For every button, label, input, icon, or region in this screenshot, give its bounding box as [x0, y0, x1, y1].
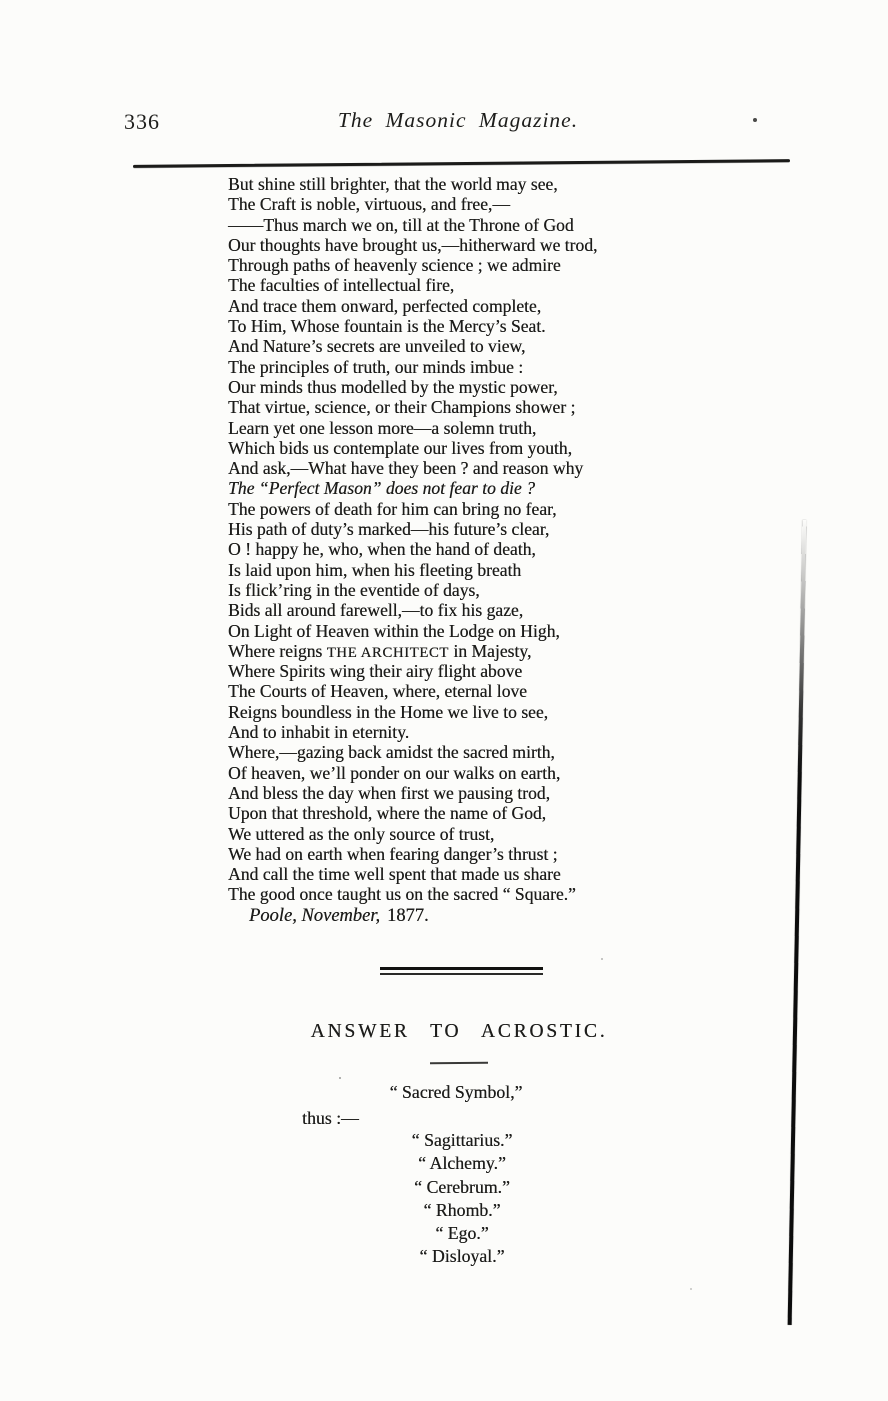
poem-line: To Him, Whose fountain is the Mercy’s Se…	[228, 316, 597, 336]
poem-line: The faculties of intellectual fire,	[228, 275, 597, 295]
acrostic-answer: “ Rhomb.”	[18, 1199, 888, 1222]
poem-line: And trace them onward, perfected complet…	[228, 296, 597, 316]
scan-speck	[690, 1288, 692, 1290]
acrostic-answer: “ Alchemy.”	[18, 1152, 888, 1175]
header-rule	[133, 159, 790, 167]
poem-line: Of heaven, we’ll ponder on our walks on …	[228, 763, 597, 783]
poem-line: Reigns boundless in the Home we live to …	[228, 702, 597, 722]
poem-line: The Craft is noble, virtuous, and free,—	[228, 194, 597, 214]
dateline: Poole, November,1877.	[249, 906, 429, 927]
poem-line: And to inhabit in eternity.	[228, 722, 597, 742]
scan-speck	[753, 118, 757, 122]
acrostic-answer: “ Cerebrum.”	[18, 1176, 888, 1199]
acrostic-answer: “ Sagittarius.”	[18, 1129, 888, 1152]
poem-line: On Light of Heaven within the Lodge on H…	[228, 621, 597, 641]
poem-line: Where,—gazing back amidst the sacred mir…	[228, 742, 597, 762]
acrostic-answer: “ Disloyal.”	[18, 1245, 888, 1268]
scan-speck	[601, 958, 603, 960]
poem-line: Our minds thus modelled by the mystic po…	[228, 377, 597, 397]
poem-line: And bless the day when first we pausing …	[228, 783, 597, 803]
acrostic-clue: “ Sacred Symbol,”	[12, 1082, 888, 1103]
poem-line: His path of duty’s marked—his future’s c…	[228, 519, 597, 539]
poem-line: ——Thus march we on, till at the Throne o…	[228, 215, 597, 235]
poem: But shine still brighter, that the world…	[228, 174, 597, 905]
poem-line: We uttered as the only source of trust,	[228, 824, 597, 844]
scan-speck	[339, 1077, 341, 1079]
acrostic-thus-label: thus :—	[302, 1108, 359, 1129]
acrostic-answer: “ Ego.”	[18, 1222, 888, 1245]
poem-line: The good once taught us on the sacred “ …	[228, 884, 597, 904]
poem-line: The powers of death for him can bring no…	[228, 499, 597, 519]
poem-line: And call the time well spent that made u…	[228, 864, 597, 884]
poem-line: The principles of truth, our minds imbue…	[228, 357, 597, 377]
acrostic-heading-rule	[430, 1062, 488, 1065]
poem-line: But shine still brighter, that the world…	[228, 174, 597, 194]
acrostic-heading: ANSWER TO ACROSTIC.	[15, 1021, 888, 1043]
section-divider-double-rule	[380, 967, 543, 975]
poem-line: O ! happy he, who, when the hand of deat…	[228, 539, 597, 559]
poem-line: The Courts of Heaven, where, eternal lov…	[228, 681, 597, 701]
poem-line: Our thoughts have brought us,—hitherward…	[228, 235, 597, 255]
poem-line: The “Perfect Mason” does not fear to die…	[228, 478, 597, 498]
poem-line: Learn yet one lesson more—a solemn truth…	[228, 418, 597, 438]
poem-line: We had on earth when fearing danger’s th…	[228, 844, 597, 864]
poem-line: Is flick’ring in the eventide of days,	[228, 580, 597, 600]
poem-line: Where Spirits wing their airy flight abo…	[228, 661, 597, 681]
poem-line: That virtue, science, or their Champions…	[228, 397, 597, 417]
poem-line: Where reigns THE ARCHITECT in Majesty,	[228, 641, 597, 661]
poem-line: And ask,—What have they been ? and reaso…	[228, 458, 597, 478]
poem-line: And Nature’s secrets are unveiled to vie…	[228, 336, 597, 356]
poem-line: Is laid upon him, when his fleeting brea…	[228, 560, 597, 580]
poem-line: Bids all around farewell,—to fix his gaz…	[228, 600, 597, 620]
dateline-year: 1877.	[387, 906, 429, 926]
poem-line: Which bids us contemplate our lives from…	[228, 438, 597, 458]
poem-line: Upon that threshold, where the name of G…	[228, 803, 597, 823]
dateline-place-month: Poole, November,	[249, 906, 380, 926]
magazine-page: 336 The Masonic Magazine. But shine stil…	[0, 0, 888, 1401]
poem-line: Through paths of heavenly science ; we a…	[228, 255, 597, 275]
acrostic-answers: “ Sagittarius.”“ Alchemy.”“ Cerebrum.”“ …	[18, 1129, 888, 1269]
